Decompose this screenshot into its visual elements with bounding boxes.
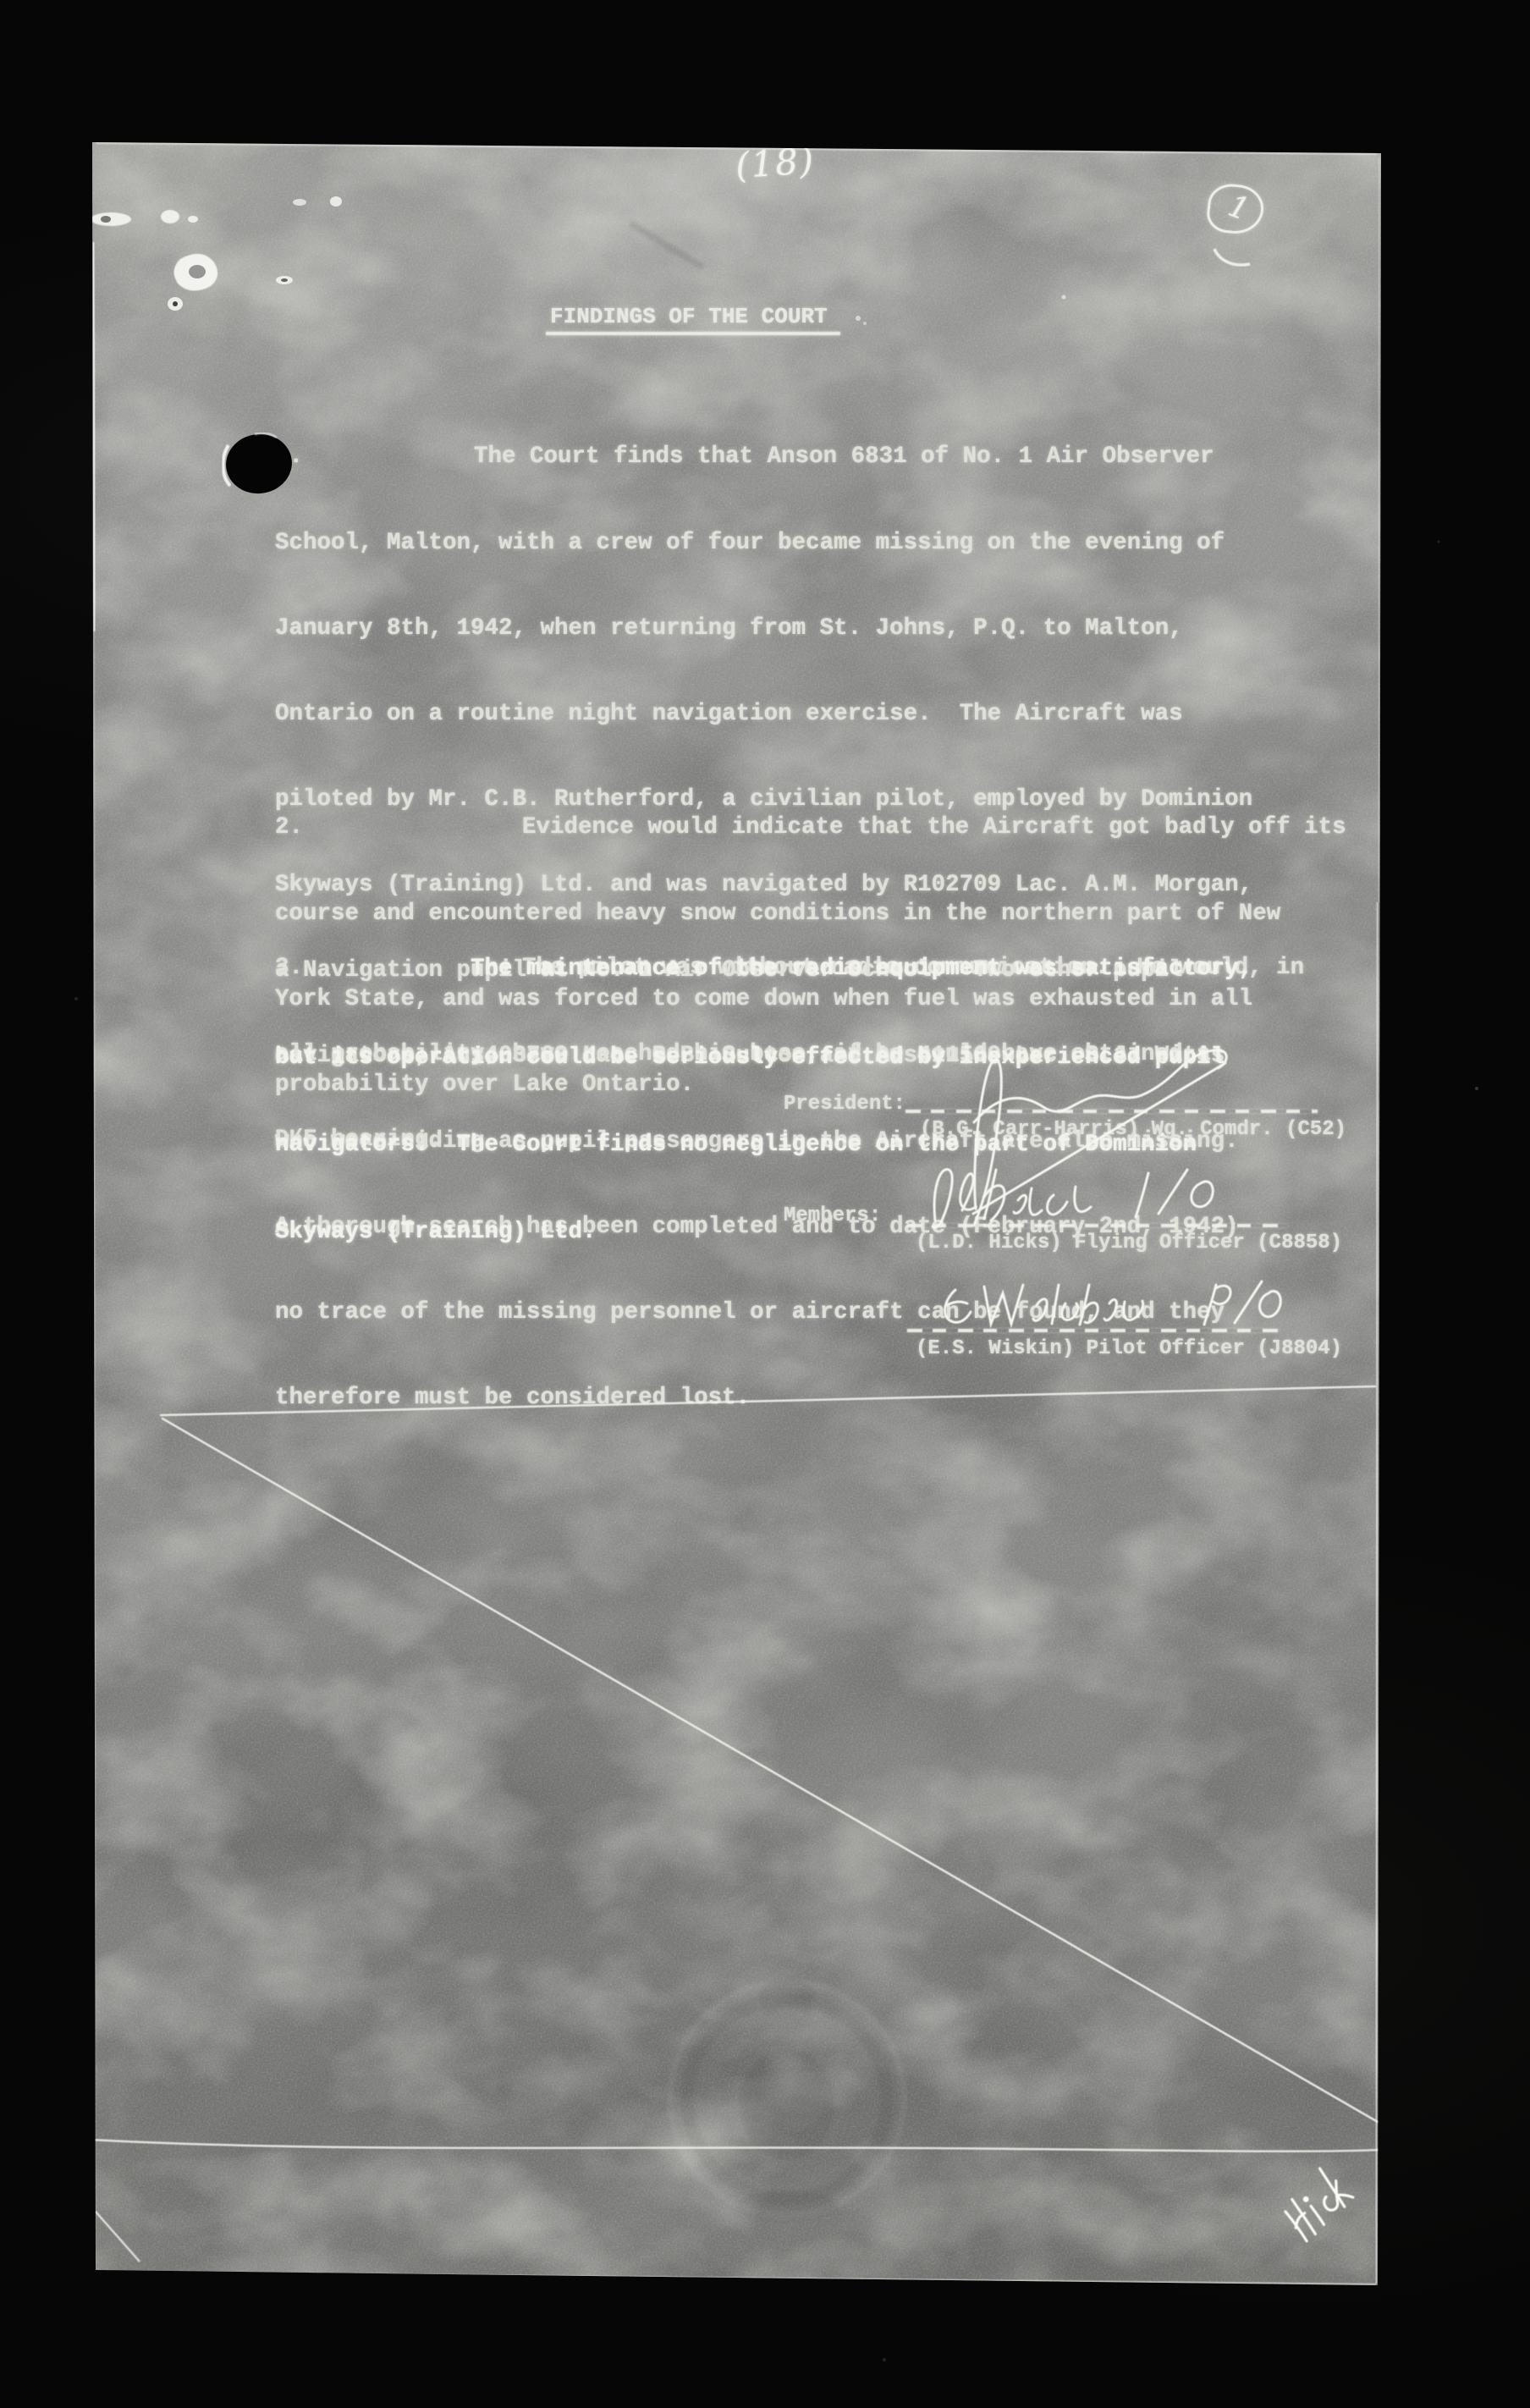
copy-number-text: 1 xyxy=(1224,189,1254,228)
body-line: January 8th, 1942, when returning from S… xyxy=(275,614,1252,643)
president-typed-name: (B.G. Carr-Harris) Wg. Comdr. (C52) xyxy=(920,1118,1346,1142)
copy-number-circled: 1 xyxy=(1205,182,1266,237)
body-line: Ontario on a routine night navigation ex… xyxy=(275,700,1252,729)
paragraph-number: 2. xyxy=(275,813,303,842)
watermark-seal-icon xyxy=(670,1977,904,2221)
title-underline xyxy=(546,332,840,335)
strike-through-triangle xyxy=(161,1386,1378,2122)
photograph-background: (18) 1 FINDINGS OF THE COURT 1. The Cour… xyxy=(0,0,1530,2408)
body-line: 2. Evidence would indicate that the Airc… xyxy=(275,813,1280,842)
member1-typed-name: (L.D. Hicks) Flying Officer (C8858) xyxy=(916,1232,1342,1255)
paragraph-3-bold-continuation: but its operation could be seriously eff… xyxy=(275,986,1225,1304)
member2-typed-name: (E.S. Wiskin) Pilot Officer (J8804) xyxy=(916,1337,1342,1361)
inserted-bold-line: The maintenance of the radio equipment w… xyxy=(471,955,1252,984)
body-line: therefore must be considered lost. xyxy=(275,1384,1252,1413)
body-line: but its operation could be seriously eff… xyxy=(275,1044,1225,1072)
members-label: Members: xyxy=(784,1204,881,1228)
page-number-handwritten: (18) xyxy=(734,140,816,186)
body-line: 1. The Court finds that Anson 6831 of No… xyxy=(275,443,1252,471)
president-label: President: xyxy=(784,1093,905,1116)
bottom-rule-line xyxy=(91,2140,1379,2152)
paragraph-number: 1. xyxy=(275,443,303,471)
member1-signature-line xyxy=(907,1224,1288,1227)
bottom-right-initial-signature xyxy=(1278,2168,1353,2245)
circled-number-tail xyxy=(1214,249,1250,265)
president-signature-line xyxy=(905,1110,1318,1113)
member2-signature-line xyxy=(907,1329,1280,1332)
document-title: FINDINGS OF THE COURT xyxy=(550,304,828,329)
document-page: (18) 1 FINDINGS OF THE COURT 1. The Cour… xyxy=(89,141,1381,2285)
body-line: School, Malton, with a crew of four beca… xyxy=(275,529,1252,558)
paragraph-number: 3. xyxy=(275,954,303,983)
corner-crease-line xyxy=(96,2212,140,2262)
